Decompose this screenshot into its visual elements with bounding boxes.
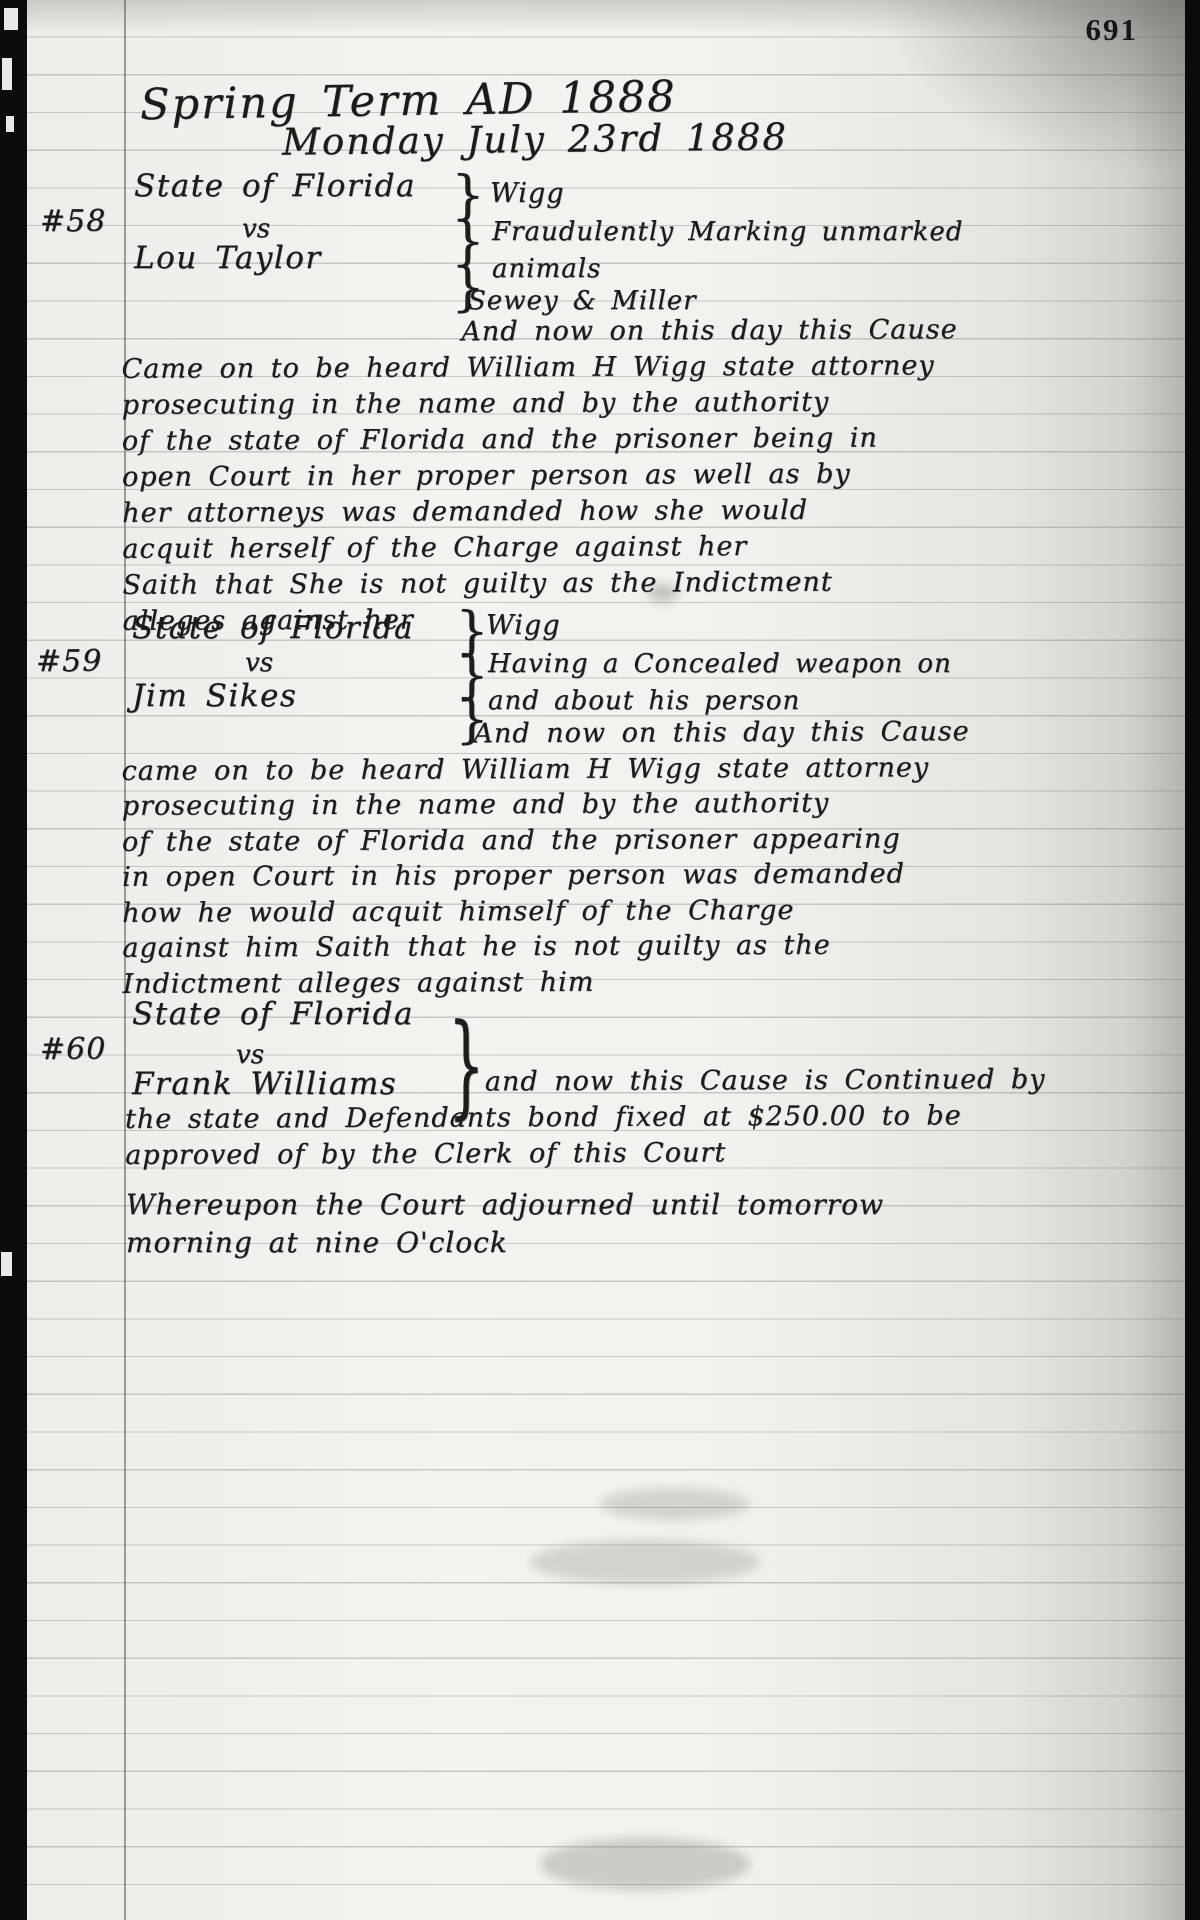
versus: vs [245, 648, 273, 678]
date-line: Monday July 23rd 1888 [282, 115, 788, 163]
attorney-name: Wigg [486, 610, 560, 641]
case-number: #58 [40, 204, 106, 239]
scan-speck [2, 58, 12, 90]
defendant: Jim Sikes [132, 678, 297, 714]
scan-speck [4, 8, 18, 30]
counsel-names: Sewey & Miller [468, 286, 697, 316]
case-body: And now on this day this Cause came on t… [121, 714, 970, 1002]
case-number: #60 [40, 1032, 106, 1067]
scan-smudge [540, 1838, 750, 1890]
case-body: And now on this day this Cause Came on t… [121, 312, 959, 640]
left-scan-edge [0, 0, 27, 1920]
closing-text: Whereupon the Court adjourned until tomo… [126, 1186, 884, 1262]
top-shadow [27, 0, 1185, 34]
defendant: Lou Taylor [134, 240, 322, 276]
right-scan-edge [1185, 0, 1200, 1920]
scan-speck [1, 1252, 12, 1276]
plaintiff: State of Florida [134, 168, 416, 204]
charge-text: Having a Concealed weapon on and about h… [488, 646, 952, 720]
attorney-name: Wigg [490, 178, 564, 209]
ledger-page: 691 Spring Term AD 1888 Monday July 23rd… [0, 0, 1200, 1920]
scan-smudge [530, 1540, 760, 1584]
scan-speck [6, 116, 14, 132]
plaintiff: State of Florida [132, 610, 414, 646]
case-number: #59 [36, 644, 102, 679]
page-number: 691 [1086, 12, 1139, 48]
case-body: and now this Cause is Continued by the s… [125, 1062, 1046, 1174]
charge-text: Fraudulently Marking unmarked animals [492, 214, 963, 288]
plaintiff: State of Florida [132, 996, 414, 1032]
scan-smudge [600, 1488, 750, 1520]
